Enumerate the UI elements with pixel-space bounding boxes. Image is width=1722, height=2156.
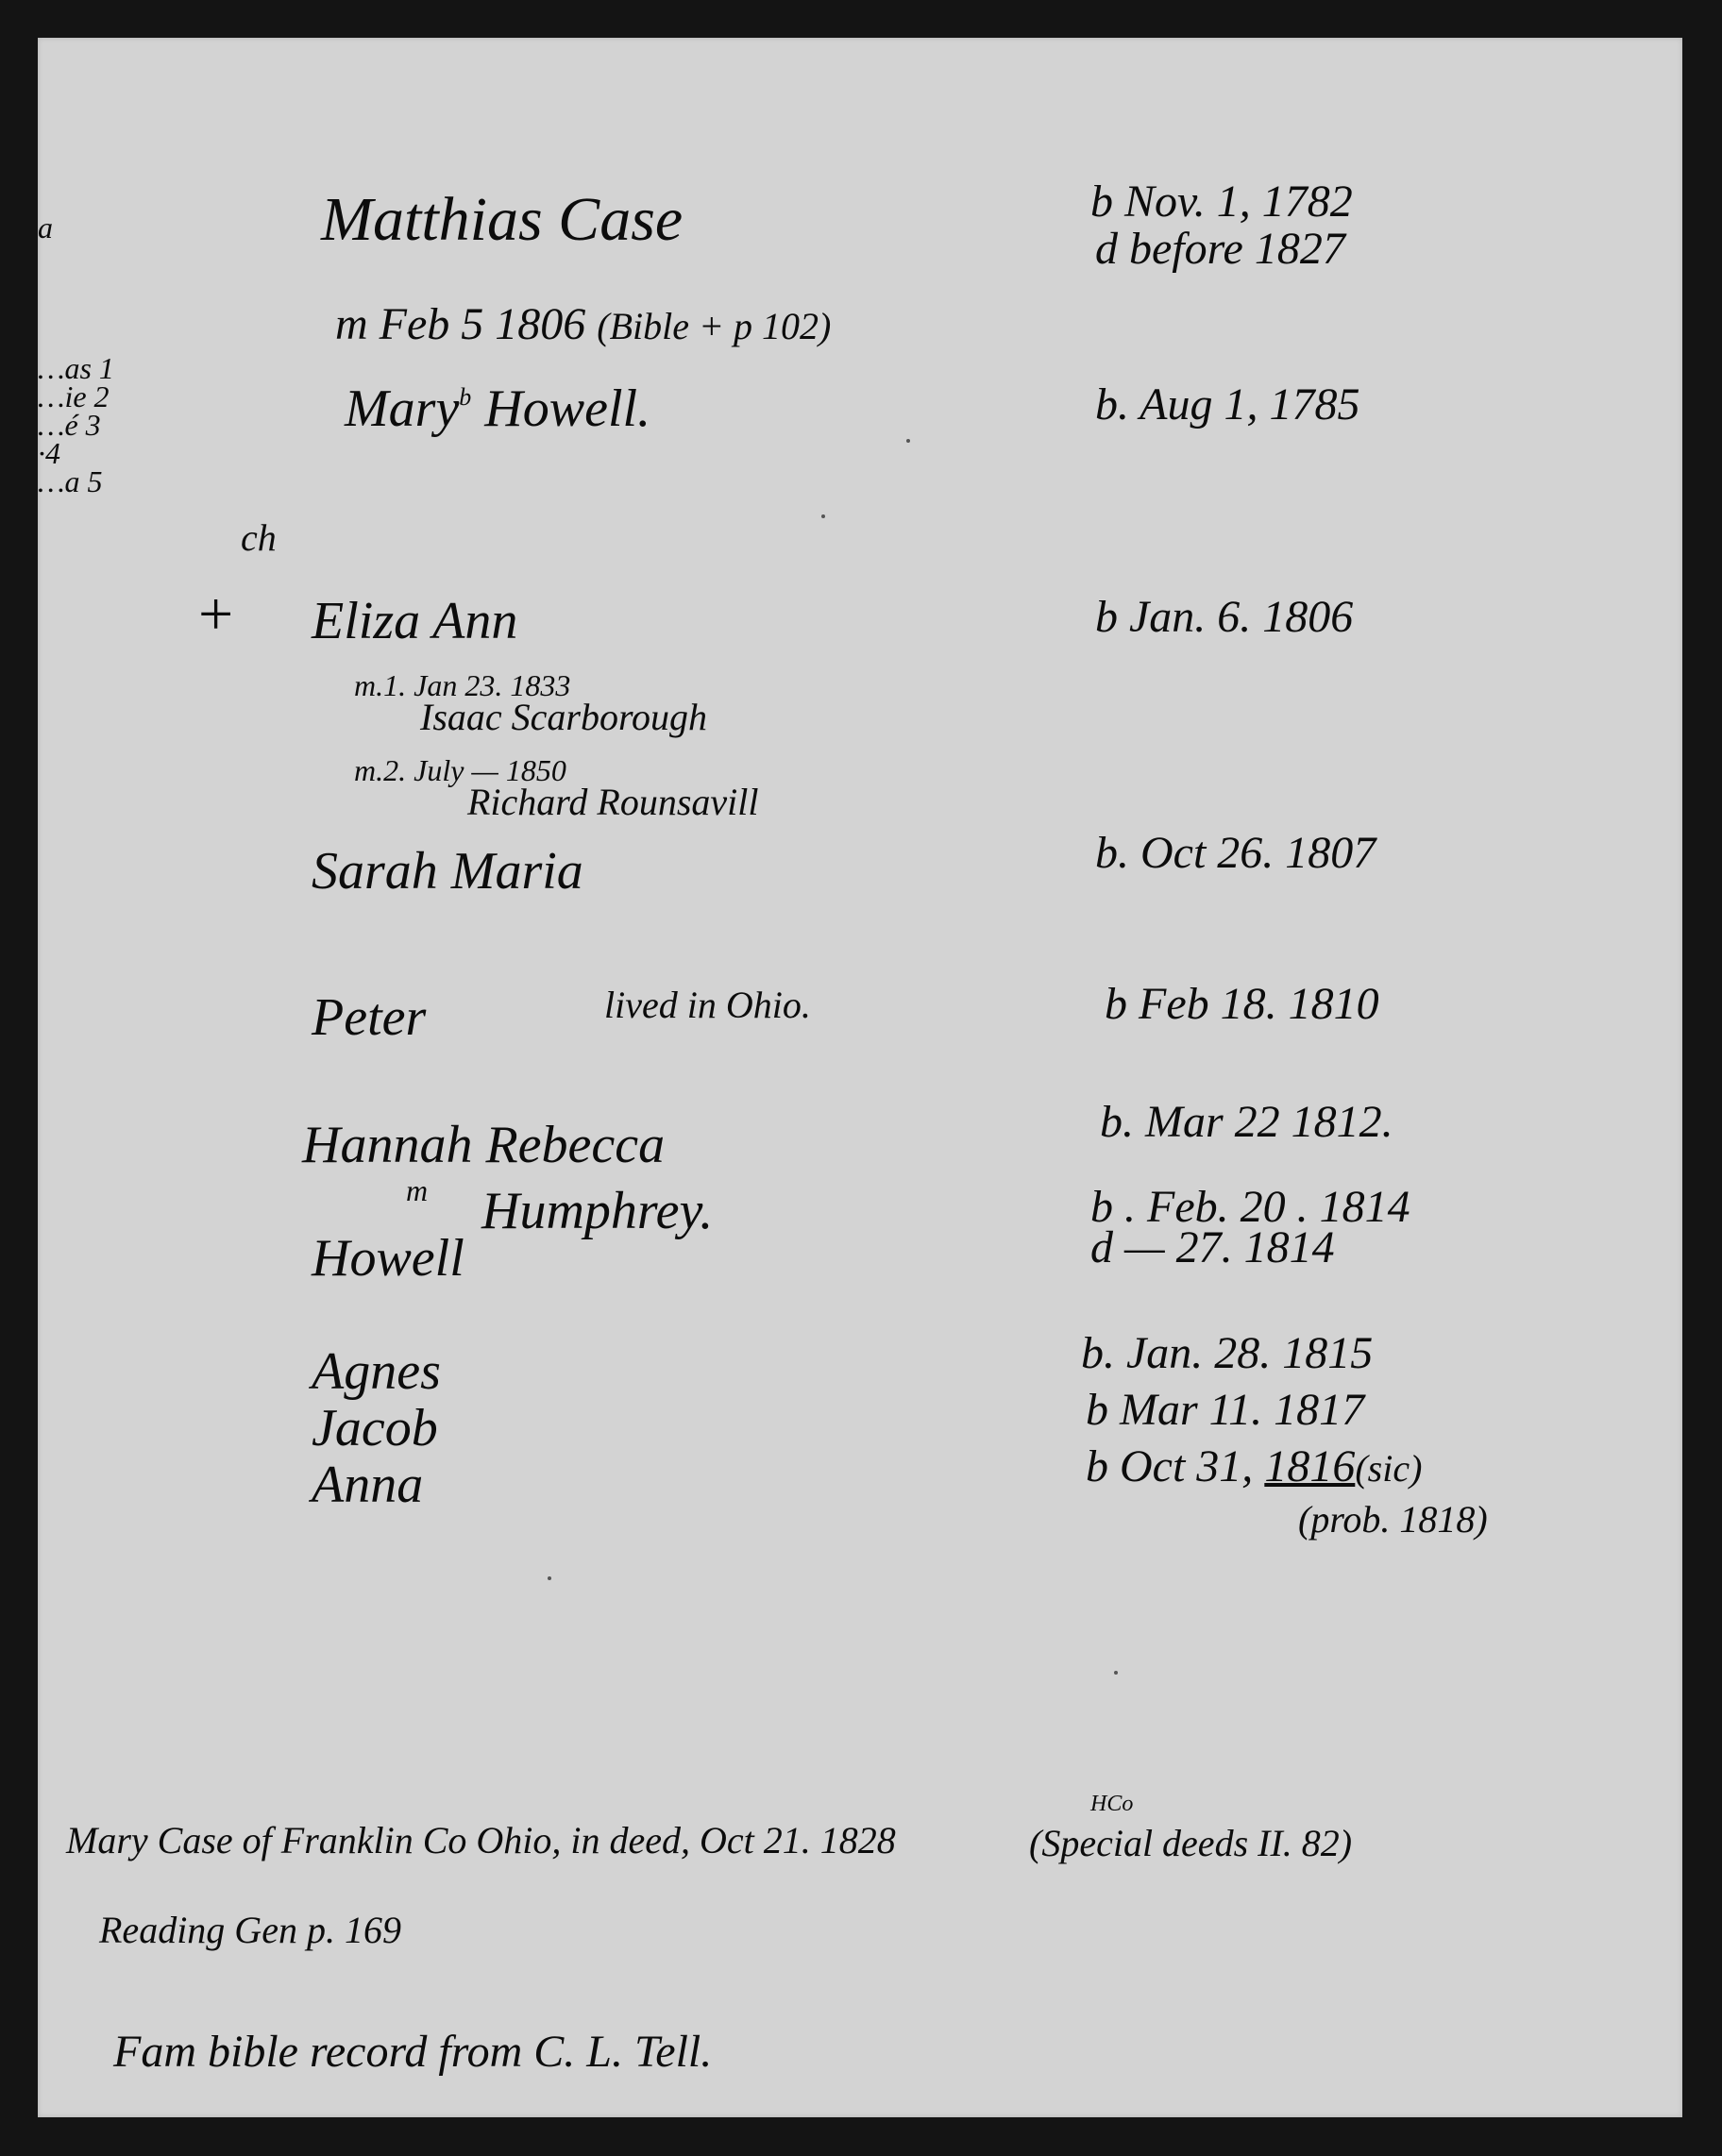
spouse-name: Mary [345,379,459,438]
deed-source-line: HCo [1038,1789,1081,1819]
reference: Reading Gen p. 169 [99,1912,401,1949]
margin-item: ·4 [38,439,114,467]
margin-fragment: a [38,212,53,243]
margin-item: …ie 2 [38,382,114,411]
child-note: Isaac Scarborough [420,699,707,736]
father-birth: b Nov. 1, 1782 [1090,179,1353,225]
scan-speck [548,1576,551,1580]
child-name: Hannah Rebecca [302,1119,665,1171]
child-name: Jacob [312,1402,438,1455]
margin-item: …a 5 [38,467,114,496]
margin-numbered-list: …as 1 …ie 2 …é 3 ·4 …a 5 [38,354,114,496]
marriage-date: m Feb 5 1806 [335,299,585,349]
child-name: Howell [312,1232,464,1285]
child-note: lived in Ohio. [604,986,811,1024]
child-birth: b. Mar 22 1812. [1100,1100,1393,1145]
child-note: Richard Rounsavill [467,783,758,821]
father-name: Matthias Case [321,189,683,251]
scan-speck [906,439,910,443]
child-marriage-note: m [406,1175,428,1205]
child-name: Agnes [312,1345,441,1398]
marriage-line: m Feb 5 1806 (Bible + p 102) [335,302,831,347]
spouse-line: Maryb Howell. [345,382,650,435]
child-birth: b Jan. 6. 1806 [1095,595,1353,640]
child-birth: b. Jan. 28. 1815 [1081,1331,1373,1376]
spouse-birth: b. Aug 1, 1785 [1095,382,1359,428]
child-birth-alt: (prob. 1818) [1298,1501,1488,1539]
child-death: d — 27. 1814 [1090,1225,1335,1271]
child-spouse: Humphrey. [481,1185,713,1238]
scan-speck [1114,1671,1118,1675]
child-birth-year: 1816 [1264,1441,1355,1491]
children-label: ch [241,519,277,557]
child-name: Peter [312,991,426,1044]
cross-marker: + [198,583,233,646]
spouse-surname: Howell. [484,379,650,438]
marriage-source: (Bible + p 102) [597,305,831,347]
deed-source: (Special deeds II. 82) [1029,1825,1352,1862]
father-death: d before 1827 [1095,227,1345,272]
child-birth-prefix: b Oct 31, [1086,1441,1253,1491]
child-name: Anna [312,1458,423,1511]
document-page: a …as 1 …ie 2 …é 3 ·4 …a 5 Matthias Case… [38,38,1682,2117]
child-birth-line: b Oct 31, 1816(sic) [1086,1444,1422,1490]
child-birth-sic: (sic) [1355,1447,1422,1490]
child-birth: b Feb 18. 1810 [1105,982,1379,1027]
deed-line: Mary Case of Franklin Co Ohio, in deed, … [66,1822,896,1860]
child-name: Eliza Ann [312,595,517,648]
child-birth: b. Oct 26. 1807 [1095,831,1376,876]
child-name: Sarah Maria [312,845,583,898]
source-note: Fam bible record from C. L. Tell. [113,2030,712,2075]
spouse-sup: b [459,383,471,411]
deed-source-sup: HCo [1090,1792,1133,1816]
child-birth: b Mar 11. 1817 [1086,1388,1364,1433]
scan-speck [821,514,825,518]
margin-item: …é 3 [38,411,114,439]
margin-item: …as 1 [38,354,114,382]
